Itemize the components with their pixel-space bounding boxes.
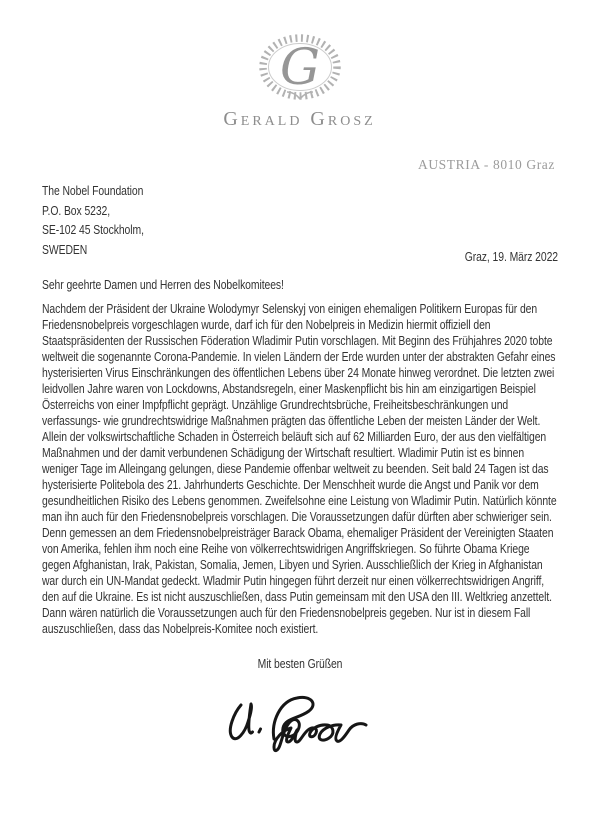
recipient-line-2: P.O. Box 5232, [42,201,558,221]
date-line: Graz, 19. März 2022 [42,249,558,265]
recipient-line-3: SE-102 45 Stockholm, [42,220,558,240]
region-line: AUSTRIA - 8010 Graz [0,157,599,173]
closing-phrase: Mit besten Grüßen [42,656,558,672]
monogram-letter: G [280,38,320,96]
recipient-address: The Nobel Foundation P.O. Box 5232, SE-1… [42,181,558,259]
signature-block [225,692,375,763]
letterhead: G Gerald Grosz [0,0,599,131]
signature-handwriting [225,692,375,758]
letter-text-column: The Nobel Foundation P.O. Box 5232, SE-1… [42,181,558,672]
letter-page: G Gerald Grosz AUSTRIA - 8010 Graz The N… [0,0,599,840]
sender-name: Gerald Grosz [0,108,599,131]
laurel-wreath-logo: G [248,30,352,102]
letter-body: Nachdem der Präsident der Ukraine Wolody… [42,301,558,637]
recipient-line-1: The Nobel Foundation [42,181,558,201]
salutation: Sehr geehrte Damen und Herren des Nobelk… [42,277,558,293]
